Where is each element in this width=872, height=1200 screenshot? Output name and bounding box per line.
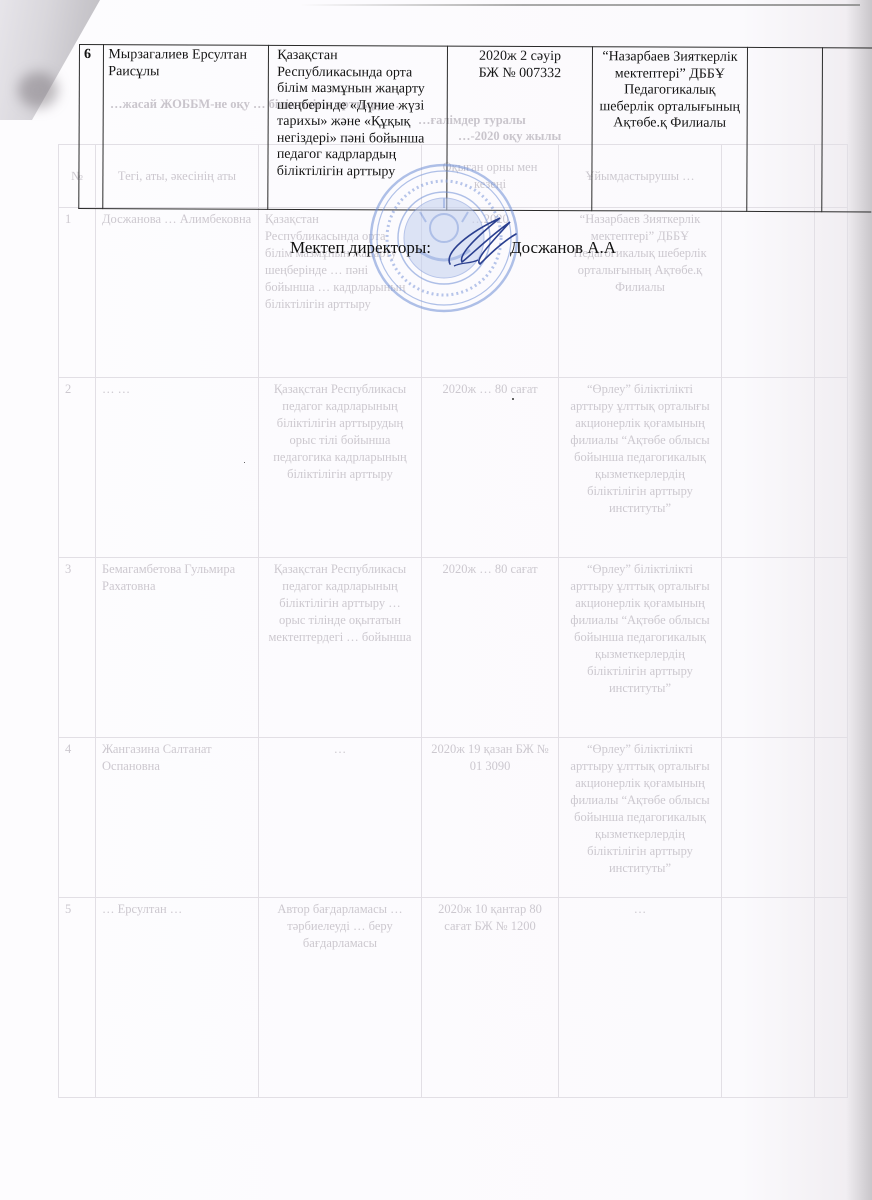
ghost-cell	[815, 738, 848, 898]
ghost-cell: Досжанова … Алимбековна	[96, 208, 259, 378]
scan-speck	[512, 398, 514, 400]
ghost-cell: Бемагамбетова Гульмира Рахатовна	[96, 558, 259, 738]
fold-shadow	[18, 72, 58, 108]
ghost-cell	[815, 208, 848, 378]
ghost-cell	[722, 738, 815, 898]
ghost-cell: “Өрлеу” біліктілікті арттыру ұлттық орта…	[559, 378, 722, 558]
ghost-cell	[815, 558, 848, 738]
ghost-row: 5 … Ерсултан … Автор бағдарламасы … тәрб…	[59, 898, 848, 1098]
ghost-cell: Автор бағдарламасы … тәрбиелеуді … беру …	[259, 898, 422, 1098]
teacher-name: Мырзагалиев Ерсултан Раисұлы	[103, 45, 269, 210]
empty-cell	[747, 47, 822, 211]
ghost-cell	[722, 558, 815, 738]
ghost-row: 2 … … Қазақстан Республикасы педагог кад…	[59, 378, 848, 558]
ghost-cell: “Өрлеу” біліктілікті арттыру ұлттық орта…	[559, 558, 722, 738]
ghost-cell: … …	[96, 378, 259, 558]
empty-cell	[822, 48, 872, 212]
ghost-cell: …	[559, 898, 722, 1098]
ghost-cell: … Ерсултан …	[96, 898, 259, 1098]
ghost-cell: …	[259, 738, 422, 898]
ghost-cell: 2020ж 10 қантар 80 сағат БЖ № 1200	[422, 898, 559, 1098]
ghost-cell: 4	[59, 738, 96, 898]
ghost-cell: 1	[59, 208, 96, 378]
scan-speck	[244, 462, 245, 463]
ghost-cell: Жангазина Салтанат Оспановна	[96, 738, 259, 898]
ghost-row: 4 Жангазина Салтанат Оспановна … 2020ж 1…	[59, 738, 848, 898]
ghost-cell: 3	[59, 558, 96, 738]
ghost-cell	[815, 378, 848, 558]
signature-block: Мектеп директоры: Досжанов А.А	[290, 238, 750, 268]
ghost-row: 3 Бемагамбетова Гульмира Рахатовна Қазақ…	[59, 558, 848, 738]
ghost-cell: 2	[59, 378, 96, 558]
ghost-cell: Қазақстан Республикасы педагог кадрларын…	[259, 378, 422, 558]
ghost-cell: 5	[59, 898, 96, 1098]
ghost-cell: “Өрлеу” біліктілікті арттыру ұлттық орта…	[559, 738, 722, 898]
ghost-cell: Қазақстан Республикасы педагог кадрларын…	[259, 558, 422, 738]
ghost-cell	[722, 208, 815, 378]
ghost-cell	[722, 898, 815, 1098]
signature-icon	[440, 212, 520, 272]
director-label: Мектеп директоры:	[290, 238, 431, 258]
ghost-cell: 2020ж 19 қазан БЖ № 01 3090	[422, 738, 559, 898]
ghost-cell	[815, 898, 848, 1098]
paper-edge	[300, 4, 860, 6]
organization: “Назарбаев Зияткерлік мектептері” ДББҰ П…	[592, 47, 748, 212]
date-certificate-text: 2020ж 2 сәуірБЖ № 007332	[479, 49, 562, 81]
row-number: 6	[79, 45, 104, 209]
ghost-cell: 2020ж … 80 сағат	[422, 558, 559, 738]
director-name: Досжанов А.А	[510, 238, 616, 258]
ghost-cell: “Назарбаев Зияткерлік мектептері” ДББҰ П…	[559, 208, 722, 378]
ghost-cell: 2020ж … 80 сағат	[422, 378, 559, 558]
ghost-cell	[722, 378, 815, 558]
scanned-page: …жасай ЖОББМ-не оқу … біліктілігін артты…	[0, 0, 872, 1200]
